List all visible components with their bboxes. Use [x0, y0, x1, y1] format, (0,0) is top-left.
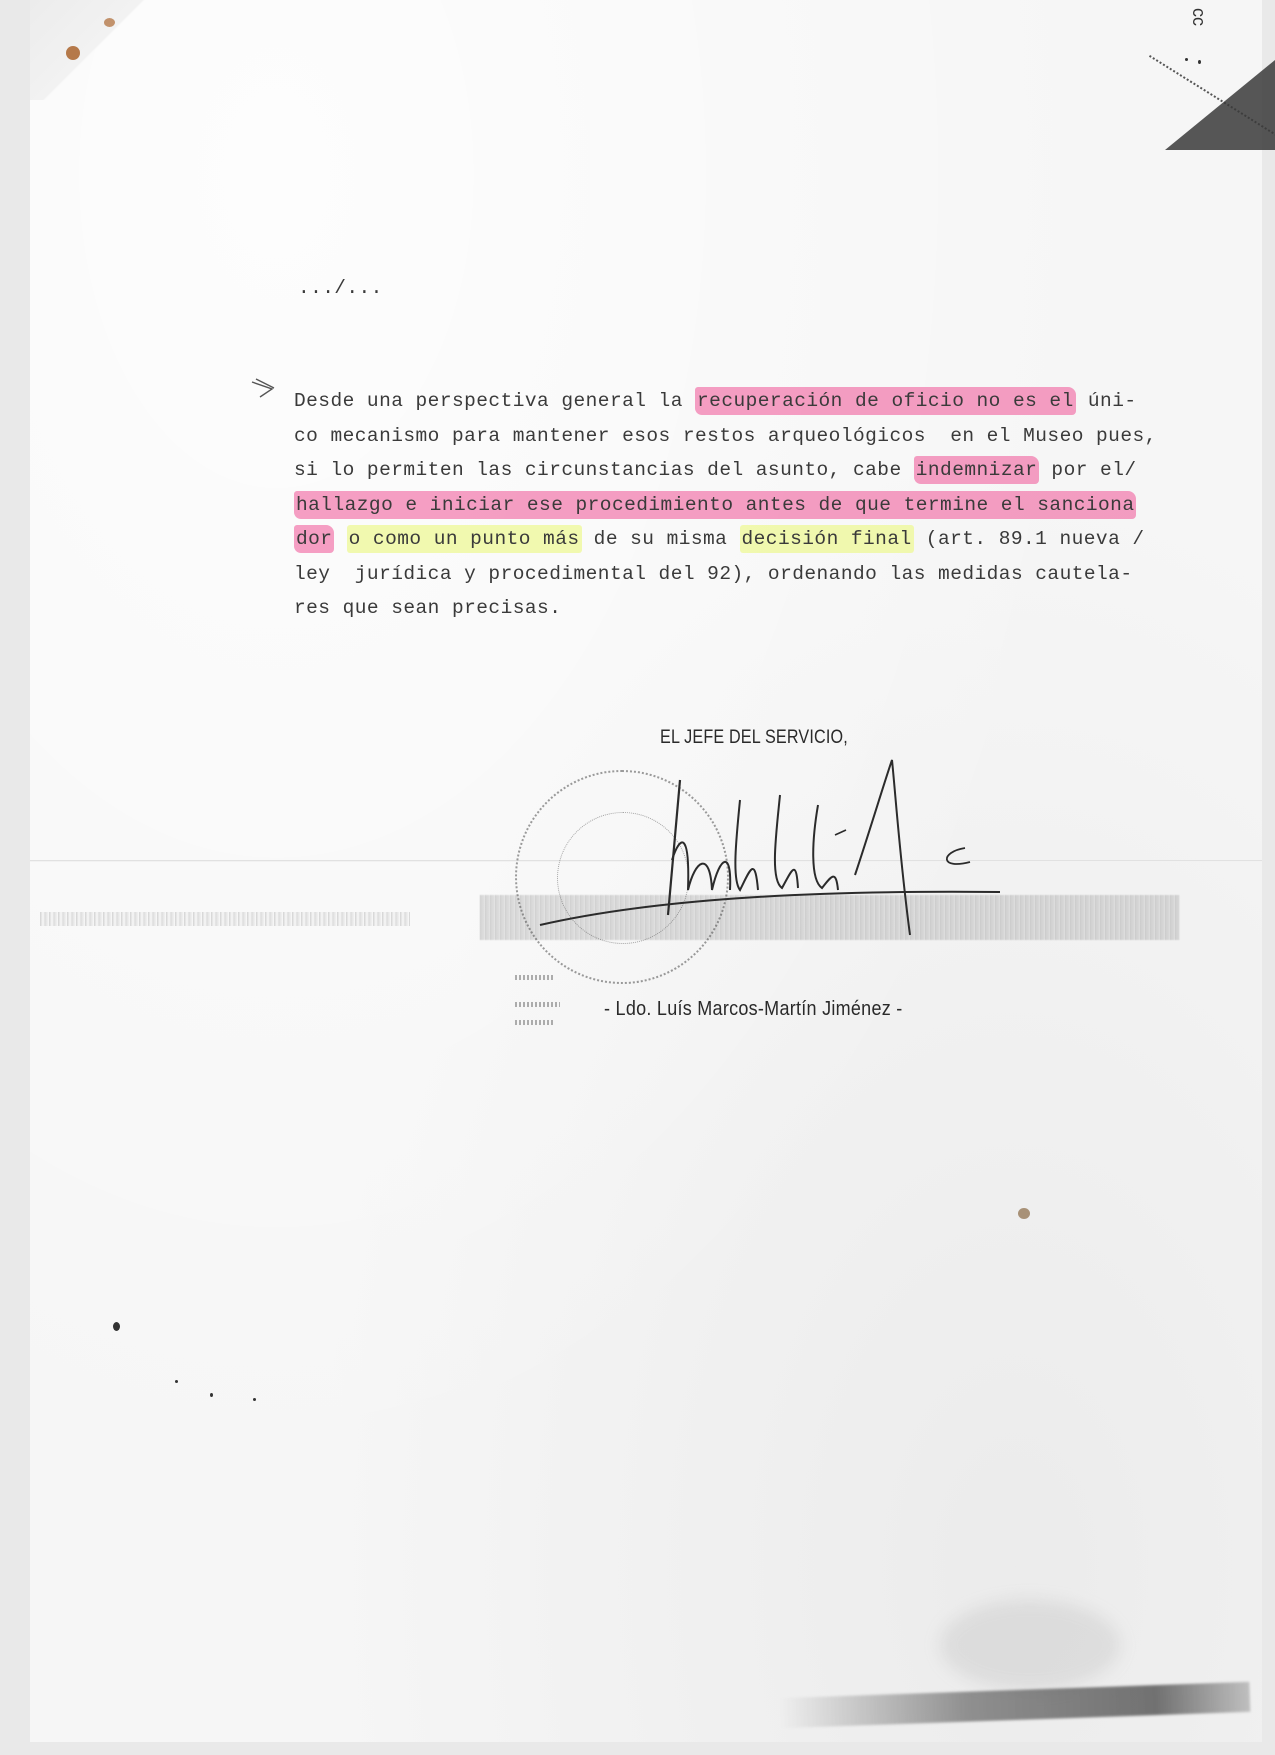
paper-speck	[175, 1380, 178, 1383]
paragraph-line: si lo permiten las circunstancias del as…	[294, 453, 1194, 488]
handwritten-signature	[500, 740, 1120, 970]
paragraph-line: dor o como un punto más de su misma deci…	[294, 522, 1194, 557]
toner-smudge-mark	[515, 975, 555, 980]
text-segment: por el/	[1039, 459, 1136, 481]
text-segment: co mecanismo para mantener esos restos a…	[294, 425, 1157, 447]
margin-mark-cc: cc	[1192, 8, 1206, 26]
checkmark-arrow-icon	[250, 376, 280, 400]
dark-corner-top-right	[1165, 60, 1275, 150]
paper-speck	[253, 1398, 256, 1401]
paragraph-line: co mecanismo para mantener esos restos a…	[294, 419, 1194, 454]
paragraph-line: Desde una perspectiva general la recuper…	[294, 384, 1194, 419]
paragraph-line: ley jurídica y procedimental del 92), or…	[294, 557, 1194, 592]
text-segment: úni-	[1076, 390, 1137, 412]
paragraph-line: res que sean precisas.	[294, 591, 1194, 626]
yellow-highlighted-text: decisión final	[740, 525, 914, 553]
paper-speck	[1198, 60, 1201, 64]
text-segment: ley jurídica y procedimental del 92), or…	[294, 563, 1132, 585]
text-segment: de su misma	[582, 528, 740, 550]
text-segment: (art. 89.1 nueva /	[914, 528, 1145, 550]
text-segment	[334, 528, 346, 550]
paper-discoloration	[940, 1600, 1120, 1690]
signer-name: - Ldo. Luís Marcos-Martín Jiménez -	[604, 998, 903, 1021]
paper-speck	[1018, 1208, 1030, 1219]
text-segment: res que sean precisas.	[294, 597, 561, 619]
text-segment: si lo permiten las circunstancias del as…	[294, 459, 914, 481]
pink-highlighted-text: hallazgo e iniciar ese procedimiento ant…	[294, 491, 1136, 519]
torn-corner-top-left	[30, 0, 180, 100]
rust-stain	[66, 46, 80, 60]
yellow-highlighted-text: o como un punto más	[347, 525, 582, 553]
paper-speck	[113, 1322, 120, 1331]
rust-stain	[104, 18, 115, 27]
toner-smudge-mark	[515, 1002, 560, 1007]
paragraph-body: Desde una perspectiva general la recuper…	[294, 384, 1194, 626]
toner-smudge-mark	[515, 1020, 555, 1025]
toner-smudge-left	[40, 912, 410, 926]
pink-highlighted-text: indemnizar	[914, 456, 1040, 484]
paper-speck	[210, 1393, 213, 1397]
text-segment: Desde una perspectiva general la	[294, 390, 695, 412]
paragraph-line: hallazgo e iniciar ese procedimiento ant…	[294, 488, 1194, 523]
pink-highlighted-text: recuperación de oficio no es el	[695, 387, 1076, 415]
paper-speck	[1185, 58, 1188, 61]
pink-highlighted-text: dor	[294, 525, 334, 553]
continuation-mark: .../...	[298, 277, 383, 299]
